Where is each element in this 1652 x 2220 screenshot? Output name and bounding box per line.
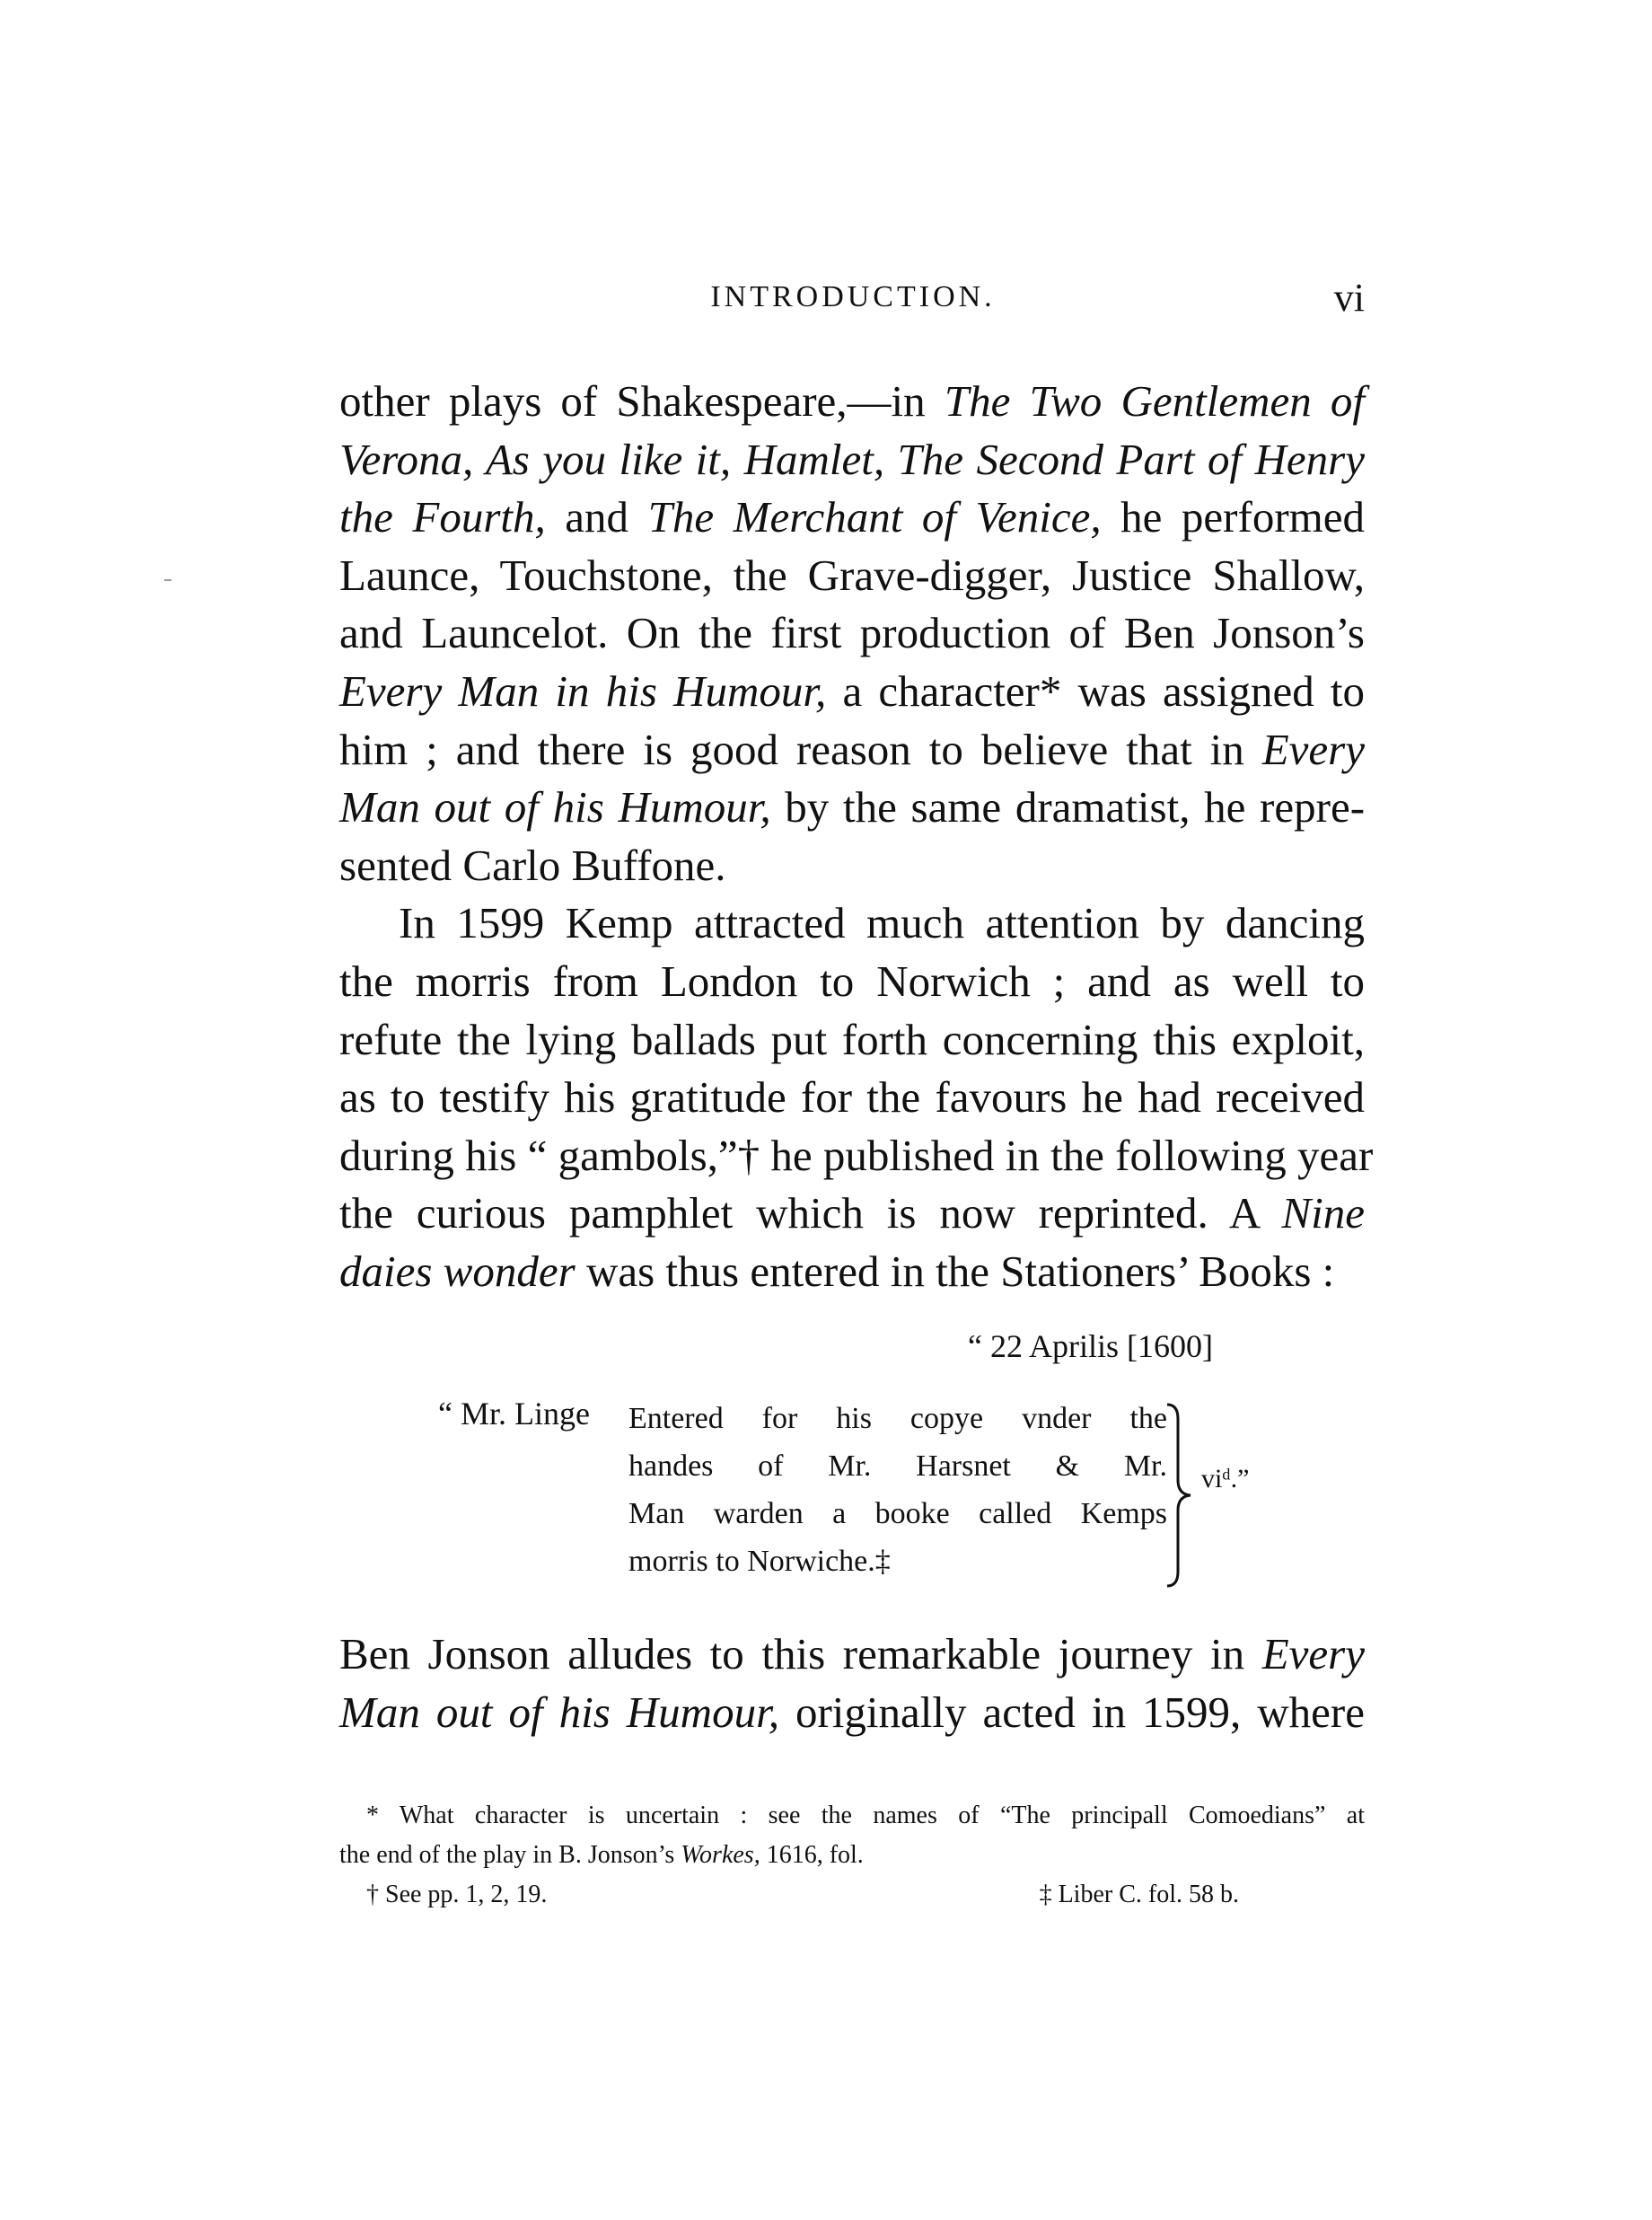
text-line: refute the lying ballads put forth conce… bbox=[339, 1011, 1365, 1070]
text-line: Man out of his Humour, by the same drama… bbox=[339, 779, 1365, 837]
footnote-double-dagger: ‡ Liber C. fol. 58 b. bbox=[1040, 1875, 1239, 1915]
entry-date: “ 22 Aprilis [1600] bbox=[968, 1327, 1213, 1365]
text-line: during his “ gambols,”† he published in … bbox=[339, 1127, 1365, 1185]
text-line: as to testify his gratitude for the favo… bbox=[339, 1069, 1365, 1127]
text-line: the morris from London to Norwich ; and … bbox=[339, 953, 1365, 1011]
footnote-daggers: † See pp. 1, 2, 19. ‡ Liber C. fol. 58 b… bbox=[339, 1875, 1365, 1915]
footnote-dagger: † See pp. 1, 2, 19. bbox=[366, 1875, 547, 1915]
text-line: In 1599 Kemp attracted much attention by… bbox=[339, 894, 1365, 953]
running-head: INTRODUCTION. vi bbox=[341, 280, 1365, 325]
entry-line: Entered for his copye vnder the bbox=[628, 1395, 1167, 1442]
paragraph-2: In 1599 Kemp attracted much attention by… bbox=[339, 894, 1365, 1300]
running-title: INTRODUCTION. bbox=[341, 280, 1365, 314]
text-line: and Launcelot. On the first production o… bbox=[339, 604, 1365, 663]
text-line: other plays of Shakespeare,—in The Two G… bbox=[339, 373, 1365, 431]
paragraph-3: Ben Jonson alludes to this remarkable jo… bbox=[339, 1625, 1365, 1741]
entry-line: Man warden a booke called Kemps bbox=[628, 1490, 1167, 1537]
text-line: the Fourth, and The Merchant of Venice, … bbox=[339, 489, 1365, 547]
entry-party: “ Mr. Linge bbox=[438, 1395, 590, 1432]
text-line: daies wonder was thus entered in the Sta… bbox=[339, 1243, 1365, 1301]
entry-body: Entered for his copye vnder the handes o… bbox=[628, 1395, 1167, 1585]
text-line: Man out of his Humour, originally acted … bbox=[339, 1684, 1365, 1742]
book-page: INTRODUCTION. vi other plays of Shakespe… bbox=[0, 0, 1652, 2220]
page-number: vi bbox=[1334, 275, 1365, 321]
text-line: Launce, Touchstone, the Grave-digger, Ju… bbox=[339, 547, 1365, 605]
stationers-register-entry: “ 22 Aprilis [1600] “ Mr. Linge Entered … bbox=[339, 1327, 1365, 1597]
text-line: Verona, As you like it, Hamlet, The Seco… bbox=[339, 431, 1365, 489]
text-line: Every Man in his Humour, a character* wa… bbox=[339, 663, 1365, 721]
entry-line: handes of Mr. Harsnet & Mr. bbox=[628, 1442, 1167, 1490]
body-text: other plays of Shakespeare,—in The Two G… bbox=[339, 373, 1365, 1301]
text-line: the curious pamphlet which is now reprin… bbox=[339, 1185, 1365, 1243]
entry-fee: viᵈ.” bbox=[1201, 1464, 1249, 1494]
right-brace-icon bbox=[1164, 1401, 1199, 1590]
text-line: sented Carlo Buffone. bbox=[339, 837, 1365, 895]
footnotes: * What character is uncertain : see the … bbox=[339, 1796, 1365, 1915]
text-line: him ; and there is good reason to believ… bbox=[339, 721, 1365, 780]
footnote-star-line-2: the end of the play in B. Jonson’s Worke… bbox=[339, 1836, 1365, 1875]
scan-margin-speck bbox=[164, 579, 171, 581]
footnote-star-line-1: * What character is uncertain : see the … bbox=[339, 1796, 1365, 1836]
paragraph-1: other plays of Shakespeare,—in The Two G… bbox=[339, 373, 1365, 894]
entry-line: morris to Norwiche.‡ bbox=[628, 1537, 1167, 1585]
text-line: Ben Jonson alludes to this remarkable jo… bbox=[339, 1625, 1365, 1684]
